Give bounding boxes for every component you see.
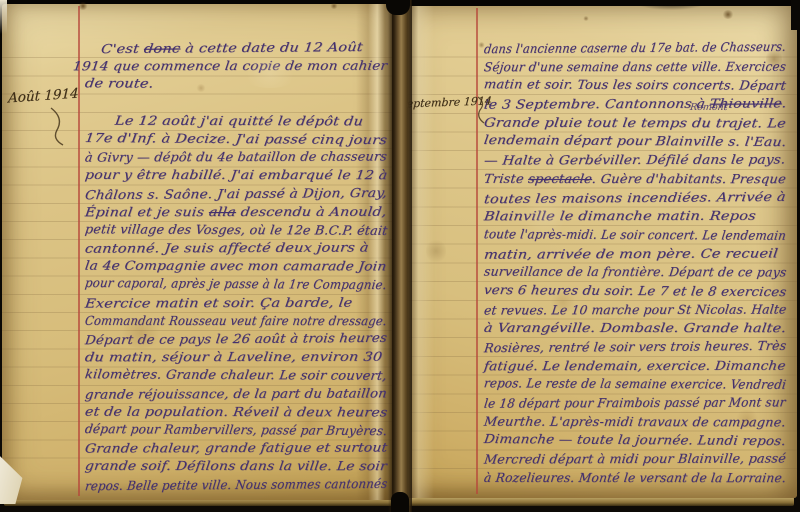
ink-flourish-left [48, 106, 74, 148]
handwriting-right-page: dans l'ancienne caserne du 17e bat. de C… [484, 38, 786, 487]
handwritten-line: lendemain départ pour Blainville s. l'Ea… [484, 130, 786, 151]
handwritten-line: grande soif. Défilons dans la ville. Le … [85, 456, 387, 474]
handwritten-line: matin, arrivée de mon père. Ce recueil [484, 243, 786, 263]
handwritten-line: Séjour d'une semaine dans cette ville. E… [484, 56, 786, 75]
handwritten-line: à Givry — dépôt du 4e bataillon de chass… [85, 147, 387, 166]
red-margin-line-left [78, 6, 80, 496]
handwritten-line: et de la population. Réveil à deux heure… [85, 401, 387, 420]
handwritten-line: à Varangéville. Dombasle. Grande halte. [484, 318, 786, 337]
handwritten-line: Le 12 août j'ai quitté le dépôt du [85, 110, 387, 129]
handwritten-line: Rosières, rentré le soir vers trois heur… [484, 336, 786, 357]
handwritten-line: vers 6 heures du soir. Le 7 et le 8 exer… [484, 280, 786, 301]
left-page: Août 1914 C'est donc à cette date du 12 … [2, 4, 392, 500]
handwritten-line: la 4e Compagnie avec mon camarade Join [85, 256, 387, 275]
handwriting-left-page: C'est donc à cette date du 12 Août1914 q… [85, 38, 387, 493]
handwritten-line: Commandant Rousseau veut faire notre dre… [85, 311, 387, 329]
handwritten-line: toute l'après-midi. Le soir concert. Le … [484, 224, 786, 244]
handwritten-line: Châlons s. Saône. J'ai passé à Dijon, Gr… [85, 182, 387, 203]
handwritten-line: Blainville le dimanche matin. Repos [484, 206, 786, 225]
red-margin-line-right [476, 8, 478, 494]
handwritten-line: dans l'ancienne caserne du 17e bat. de C… [484, 37, 786, 58]
handwritten-line [85, 92, 387, 112]
interline-correction: Romont [689, 102, 728, 113]
handwritten-line: le 18 départ pour Fraimbois passé par Mo… [484, 392, 786, 412]
handwritten-line: Meurthe. L'après-midi travaux de campagn… [484, 411, 786, 430]
handwritten-line: Épinal et je suis alla descendu à Anould… [85, 201, 387, 220]
backdrop-wedge [791, 0, 800, 30]
handwritten-line: Grande pluie tout le temps du trajet. Le [484, 112, 786, 131]
handwritten-line: pour y être habillé. J'ai embarqué le 12… [85, 165, 387, 183]
handwritten-line: C'est donc à cette date du 12 Août [85, 37, 387, 58]
handwritten-line: à Rozelieures. Monté le versant de la Lo… [484, 468, 786, 487]
handwritten-line: repos. Belle petite ville. Nous sommes c… [85, 473, 387, 494]
right-page: Septembre 1914 Romont dans l'ancienne ca… [408, 6, 797, 498]
under-page-sliver [0, 0, 7, 34]
handwritten-line: 1914 que commence la copie de mon cahier [85, 56, 387, 75]
handwritten-line: grande réjouissance, de la part du batai… [85, 383, 387, 403]
handwritten-line: de route. [85, 74, 387, 94]
handwritten-line: repos. Le reste de la semaine exercice. … [484, 374, 786, 394]
handwritten-line: Exercice matin et soir. Ça barde, le [85, 292, 387, 311]
margin-note-september: Septembre 1914 [399, 94, 493, 110]
margin-note-august: Août 1914 [8, 85, 79, 106]
handwritten-line: Départ de ce pays le 26 août à trois heu… [85, 328, 387, 349]
handwritten-line: Dimanche — toute la journée. Lundi repos… [484, 429, 786, 450]
diary-photo: Août 1914 C'est donc à cette date du 12 … [0, 0, 800, 512]
handwritten-line: matin et soir. Tous les soirs concerts. … [484, 75, 786, 95]
handwritten-line: 17e d'Inf. à Decize. J'ai passé cinq jou… [85, 128, 387, 148]
handwritten-line: et revues. Le 10 marche pour St Nicolas.… [484, 299, 786, 319]
handwritten-line: le 3 Septembre. Cantonnons à Thiouville. [484, 93, 786, 113]
handwritten-line: du matin, séjour à Laveline, environ 30 [85, 347, 387, 366]
handwritten-line: Mercredi départ à midi pour Blainville, … [484, 449, 786, 469]
handwritten-line: fatigué. Le lendemain, exercice. Dimanch… [484, 355, 786, 374]
handwritten-line: pour caporal, après je passe à la 1re Co… [85, 273, 387, 293]
binding-gutter [388, 0, 412, 512]
binding-notch-bottom [391, 492, 409, 512]
handwritten-line: Triste spectacle. Guère d'habitants. Pre… [484, 169, 786, 188]
handwritten-line: petit village des Vosges, où le 12e B.C.… [85, 219, 387, 239]
page-top-edge-shadow [632, 0, 710, 10]
handwritten-line: — Halte à Gerbéviller. Défilé dans le pa… [484, 150, 786, 170]
handwritten-line: cantonné. Je suis affecté deux jours à [85, 237, 387, 257]
handwritten-line: surveillance de la frontière. Départ de … [484, 262, 786, 281]
handwritten-line: départ pour Rambervillers, passé par Bru… [85, 419, 387, 439]
handwritten-line: toutes les maisons incendiées. Arrivée à [484, 186, 786, 207]
handwritten-line: Grande chaleur, grande fatigue et surtou… [85, 438, 387, 457]
handwritten-line: kilomètres. Grande chaleur. Le soir couv… [85, 365, 387, 385]
